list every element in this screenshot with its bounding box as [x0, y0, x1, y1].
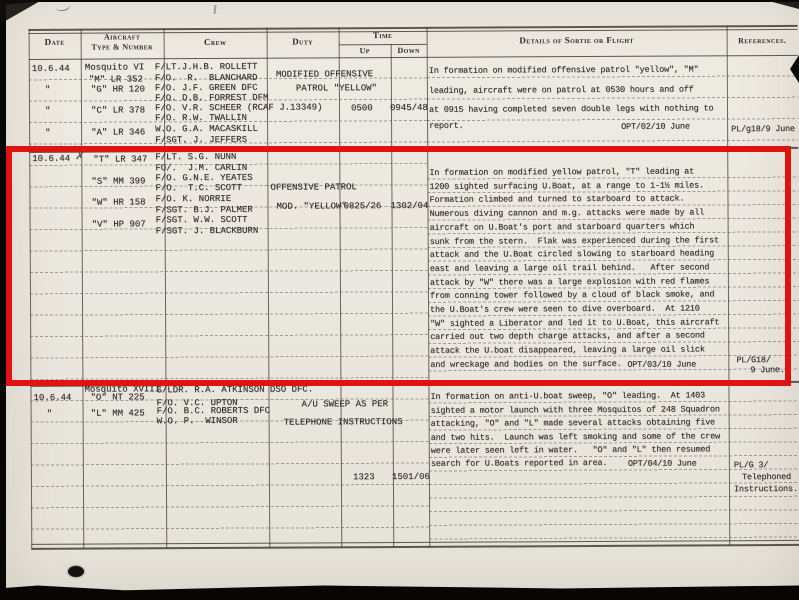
- entry3-reference: PL/G 3/: [734, 460, 768, 470]
- column-header-aircraft-1: Aircraft: [81, 32, 164, 42]
- entry3-details-line: attacking, "O" and "L" made several atta…: [431, 417, 715, 428]
- entry3-crew-line: W.O. P. WINSOR: [157, 416, 238, 426]
- column-header-duty: Duty: [267, 36, 339, 46]
- entry3-reference: Telephoned: [742, 472, 791, 482]
- entry3-details-line: search for U.Boats reported in area.: [431, 458, 607, 469]
- entry1-crew-line: F/LT.J.H.B. ROLLETT: [155, 62, 258, 73]
- orb-document-scan: Date Aircraft Type & Number Crew Duty Ti…: [0, 0, 799, 600]
- entry1-crew-line: F/SGT. J. JEFFERS: [155, 135, 247, 145]
- entry3-crew-line: F/O. B.C. ROBERTS DFC: [157, 406, 270, 417]
- entry1-date-ditto: ": [45, 85, 50, 95]
- entry3-aircraft-o: "O" NT 225: [90, 392, 144, 402]
- entry3-details-line: In formation on anti-U.boat sweep, "O" l…: [430, 390, 705, 401]
- entry1-duty-line: PATROL "YELLOW": [296, 83, 377, 93]
- entry-block-3: Mosquito XVIII S/LDR. R.A. ATKINSON DSO …: [0, 0, 797, 2]
- column-header-aircraft-2: Type & Number: [81, 42, 164, 52]
- entry3-time-up: 1323: [353, 472, 375, 482]
- entry3-details-line: sighted a motor launch with three Mosqui…: [431, 404, 720, 416]
- column-header-down: Down: [391, 46, 427, 56]
- entry1-aircraft-m: "M" LR 352: [89, 74, 143, 84]
- entry1-details-line: report.: [429, 121, 463, 131]
- entry1-details-line: at 0915 having completed seven double le…: [429, 103, 713, 114]
- entry1-duty-line: MODIFIED OFFENSIVE: [276, 69, 373, 80]
- entry1-date-ditto: ": [45, 128, 50, 138]
- entry1-aircraft-g: "G" HR 120: [91, 84, 145, 94]
- column-header-up: Up: [339, 46, 391, 56]
- column-header-crew: Crew: [164, 37, 267, 48]
- entry1-time-up: 0500: [351, 103, 373, 113]
- column-header-time: Time: [339, 30, 427, 40]
- highlight-rectangle: [6, 146, 791, 386]
- entry-block-1: 10.6.44 " " " Mosquito VI "M" LR 352 "G"…: [0, 0, 797, 2]
- entry1-time-down: 0945/48: [390, 103, 428, 113]
- entry-block-2: 10.6.44 ✗ "T" LR 347 "S" MM 399 "W" HR 1…: [0, 0, 797, 2]
- table-bottom-border: [31, 544, 799, 550]
- entry1-crew-line: F/O. V.R. SCHEER (RCAF J.13349): [155, 102, 322, 113]
- entry1-aircraft-a: "A" LR 346: [91, 127, 145, 137]
- entry1-crew-line: F/O. J.F. GREEN DFC: [155, 83, 258, 94]
- entry1-signature: OPT/02/10 June: [621, 121, 690, 131]
- entry1-details-line: In formation on modified offensive patro…: [429, 64, 699, 75]
- column-header-date: Date: [29, 37, 81, 47]
- entry3-reference: Instructions.: [734, 484, 798, 494]
- entry1-crew-line: F/O. D.B. FORREST DFM: [155, 93, 268, 104]
- entry3-date-ditto: ": [47, 409, 52, 419]
- entry1-aircraft-type: Mosquito VI: [85, 62, 144, 72]
- entry3-duty-line: TELEPHONE INSTRUCTIONS: [284, 417, 403, 428]
- entry1-crew-line: F/O. R. BLANCHARD: [155, 73, 258, 84]
- entry3-date: 10.6.44: [33, 393, 71, 403]
- entry3-duty-line: A/U SWEEP AS PER: [302, 399, 388, 409]
- entry3-time-down: 1501/06: [392, 472, 430, 482]
- entry3-crew-line: S/LDR. R.A. ATKINSON DSO DFC.: [156, 384, 313, 395]
- entry1-date: 10.6.44: [32, 64, 70, 74]
- entry3-signature: OPT/04/10 June: [628, 458, 697, 468]
- entry1-crew-line: W.O. G.A. MACASKILL: [155, 124, 258, 135]
- punch-hole: [68, 566, 84, 577]
- entry3-details-line: were later seen left in water. "O" and "…: [431, 444, 710, 455]
- entry3-details-line: and two hits. Launch was left smoking an…: [431, 431, 720, 443]
- entry1-reference: PL/g18/9 June: [731, 124, 795, 134]
- entry1-crew-line: F/O. R.W. TWALLIN: [155, 113, 247, 123]
- entry1-details-line: leading, aircraft were on patrol at 0530…: [429, 84, 694, 95]
- column-header-references: References.: [727, 36, 798, 46]
- entry3-aircraft-l: "L" MM 425: [91, 408, 145, 418]
- entry1-date-ditto: ": [45, 106, 50, 116]
- entry1-aircraft-c: "C" LR 378: [91, 105, 145, 115]
- column-header-details: Details of Sortie or Flight: [427, 34, 727, 46]
